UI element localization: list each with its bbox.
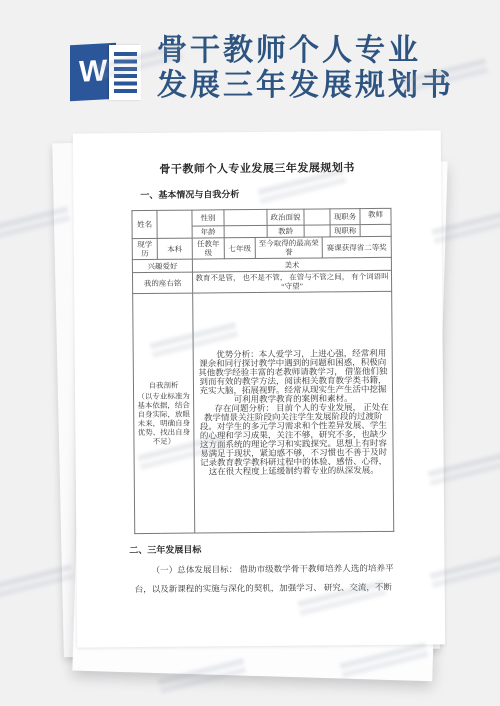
teaching-age-label: 教龄	[267, 225, 304, 237]
teaching-age-value	[304, 225, 330, 237]
document-title: 骨干教师个人专业发展三年发展规划书	[73, 158, 441, 177]
current-position-value: 教师	[360, 208, 391, 224]
political-status-value	[304, 209, 330, 225]
page-title: 骨干教师个人专业 发展三年发展规划书	[157, 33, 487, 103]
name-label: 姓名	[132, 210, 157, 238]
professional-title-value	[360, 224, 391, 236]
grade-value: 七年级	[224, 238, 255, 259]
word-icon: W	[70, 36, 144, 104]
hobby-label: 兴趣爱好	[132, 259, 192, 273]
highest-honor-value: 赛课获得省二等奖	[322, 236, 391, 258]
gender-label: 性别	[192, 210, 224, 226]
word-icon-document-lines	[114, 52, 137, 94]
table-row: 自我剖析 （以专业标准为基本依据，结合自身实际，放眼未来，明确自身优势、找出自身…	[133, 291, 394, 533]
problems-paragraph: 存在问题分析： 目前个人的专业发展， 正处在教学情景关注阶段向关注学生发展阶段的…	[196, 402, 391, 476]
page-title-line2: 发展三年发展规划书	[157, 69, 454, 102]
section2-heading: 二、三年发展目标	[129, 540, 444, 556]
self-analysis-label-title: 自我剖析	[136, 381, 191, 390]
word-icon-document	[109, 45, 141, 100]
education-label: 现学历	[132, 238, 157, 259]
table-row: 我的座右铭 教育不是管， 也不是不管， 在管与不管之间， 有个词语叫 “守望”	[132, 270, 391, 293]
section2-paragraph: （一）总体发展目标： 借助市级数学骨干教师培养人选的培养平台，以及新课程的实施与…	[134, 559, 393, 599]
name-value	[157, 210, 192, 238]
political-status-label: 政治面貌	[267, 209, 304, 225]
self-analysis-content: 优势分析：本人爱学习，上进心强，经常利用课余和同行探讨教学中遇到的问题和困惑，积…	[193, 291, 394, 533]
highest-honor-label: 至今取得的最高荣誉	[255, 237, 322, 259]
strengths-paragraph: 优势分析：本人爱学习，上进心强，经常利用课余和同行探讨教学中遇到的问题和困惑，积…	[196, 348, 390, 404]
motto-value: 教育不是管， 也不是不管， 在管与不管之间， 有个词语叫 “守望”	[192, 270, 391, 293]
section1-heading: 一、基本情况与自我分析	[140, 185, 441, 201]
self-analysis-label-note: （以专业标准为基本依据，结合自身实际，放眼未来，明确自身优势、找出自身不足）	[136, 392, 191, 446]
grade-label: 任教年级	[192, 238, 224, 259]
basic-info-table: 姓名 性别 政治面貌 现职务 教师 年龄 教龄 现职称 现学历 本科 任教年	[131, 208, 394, 534]
age-label: 年龄	[192, 226, 224, 238]
current-position-label: 现职务	[330, 209, 360, 225]
motto-label: 我的座右铭	[132, 272, 192, 294]
professional-title-label: 现职称	[330, 225, 360, 237]
page-title-line1: 骨干教师个人专业	[157, 34, 421, 67]
age-value	[224, 225, 267, 237]
document-page: 骨干教师个人专业发展三年发展规划书 一、基本情况与自我分析 姓名 性别 政治面貌…	[73, 130, 445, 647]
preview-canvas: W 骨干教师个人专业 发展三年发展规划书 骨干教师个人专业发展三年发展规划书 一…	[0, 0, 500, 706]
education-value: 本科	[157, 238, 192, 259]
self-analysis-label: 自我剖析 （以专业标准为基本依据，结合自身实际，放眼未来，明确自身优势、找出自身…	[133, 293, 195, 534]
gender-value	[224, 209, 267, 225]
word-icon-letter: W	[79, 56, 107, 87]
table-row: 现学历 本科 任教年级 七年级 至今取得的最高荣誉 赛课获得省二等奖	[132, 236, 391, 259]
